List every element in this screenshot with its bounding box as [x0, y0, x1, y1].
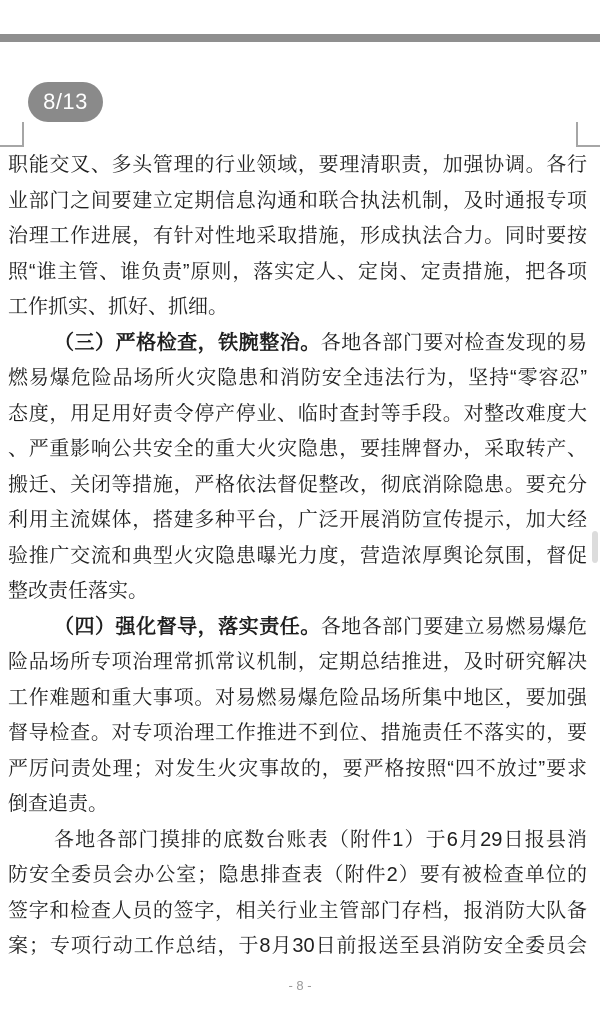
page-number-badge: 8/13 [28, 82, 103, 122]
text-line: 签字和检查人员的签字，相关行业主管部门存档，报消防大队备 [8, 894, 587, 930]
line-text: 利用主流媒体，搭建多种平台，广泛开展消防宣传提示，加大经 [8, 509, 587, 531]
scrollbar-thumb[interactable] [592, 531, 598, 563]
paragraph-heading: （三）严格检查，铁腕整治。 [54, 332, 321, 354]
line-text: 业部门之间要建立定期信息沟通和联合执法机制，及时通报专项 [8, 190, 587, 212]
line-text: 防安全委员会办公室；隐患排查表（附件2）要有被检查单位的 [8, 864, 587, 886]
line-text: 各地各部门摸排的底数台账表（附件1）于6月29日报县消 [54, 829, 587, 851]
text-boundary-corner-mark-right [576, 122, 600, 147]
line-text: 工作难题和重大事项。对易燃易爆危险品场所集中地区，要加强 [8, 687, 587, 709]
text-line: 业部门之间要建立定期信息沟通和联合执法机制，及时通报专项 [8, 184, 587, 220]
text-line: 案；专项行动工作总结，于8月30日前报送至县消防安全委员会 [8, 929, 587, 965]
text-line: 严厉问责处理；对发生火灾事故的，要严格按照“四不放过”要求 [8, 752, 587, 788]
line-text: 搬迁、关闭等措施，严格依法督促整改，彻底消除隐患。要充分 [8, 474, 587, 496]
line-text: 职能交叉、多头管理的行业领域，要理清职责，加强协调。各行 [8, 154, 587, 176]
text-line: 工作难题和重大事项。对易燃易爆危险品场所集中地区，要加强 [8, 681, 587, 717]
text-line: 倒查追责。 [8, 787, 587, 823]
line-text: 严厉问责处理；对发生火灾事故的，要严格按照“四不放过”要求 [8, 758, 587, 780]
line-text: 各地各部门要建立易燃易爆危 [321, 616, 587, 638]
document-text-block: 职能交叉、多头管理的行业领域，要理清职责，加强协调。各行业部门之间要建立定期信息… [8, 148, 587, 965]
text-line: 燃易爆危险品场所火灾隐患和消防安全违法行为，坚持“零容忍” [8, 361, 587, 397]
text-line: 治理工作进展，有针对性地采取措施，形成执法合力。同时要按 [8, 219, 587, 255]
text-line: 整改责任落实。 [8, 574, 587, 610]
text-line: 督导检查。对专项治理工作推进不到位、措施责任不落实的，要 [8, 716, 587, 752]
text-line: 险品场所专项治理常抓常议机制，定期总结推进，及时研究解决 [8, 645, 587, 681]
line-text: 督导检查。对专项治理工作推进不到位、措施责任不落实的，要 [8, 722, 587, 744]
text-line: 各地各部门摸排的底数台账表（附件1）于6月29日报县消 [8, 823, 587, 859]
text-boundary-corner-mark-left [0, 122, 24, 147]
text-line: 工作抓实、抓好、抓细。 [8, 290, 587, 326]
line-text: 态度，用足用好责令停产停业、临时查封等手段。对整改难度大 [8, 403, 587, 425]
paragraph-heading: （四）强化督导，落实责任。 [54, 616, 321, 638]
line-text: 险品场所专项治理常抓常议机制，定期总结推进，及时研究解决 [8, 651, 587, 673]
text-line: 态度，用足用好责令停产停业、临时查封等手段。对整改难度大 [8, 397, 587, 433]
line-text: 各地各部门要对检查发现的易 [321, 332, 587, 354]
line-text: 、严重影响公共安全的重大火灾隐患，要挂牌督办，采取转产、 [8, 438, 587, 460]
text-line: 职能交叉、多头管理的行业领域，要理清职责，加强协调。各行 [8, 148, 587, 184]
line-text: 签字和检查人员的签字，相关行业主管部门存档，报消防大队备 [8, 900, 587, 922]
page-gap-separator [0, 34, 600, 42]
text-line: 搬迁、关闭等措施，严格依法督促整改，彻底消除隐患。要充分 [8, 468, 587, 504]
text-line: 防安全委员会办公室；隐患排查表（附件2）要有被检查单位的 [8, 858, 587, 894]
page-number-badge-label: 8/13 [43, 89, 88, 115]
text-line: 照“谁主管、谁负责”原则，落实定人、定岗、定责措施，把各项 [8, 255, 587, 291]
text-line: 、严重影响公共安全的重大火灾隐患，要挂牌督办，采取转产、 [8, 432, 587, 468]
text-line: （四）强化督导，落实责任。各地各部门要建立易燃易爆危 [8, 610, 587, 646]
line-text: 倒查追责。 [8, 793, 108, 815]
line-text: 燃易爆危险品场所火灾隐患和消防安全违法行为，坚持“零容忍” [8, 367, 587, 389]
text-line: 利用主流媒体，搭建多种平台，广泛开展消防宣传提示，加大经 [8, 503, 587, 539]
line-text: 工作抓实、抓好、抓细。 [8, 296, 228, 318]
line-text: 验推广交流和典型火灾隐患曝光力度，营造浓厚舆论氛围，督促 [8, 545, 587, 567]
text-line: 验推广交流和典型火灾隐患曝光力度，营造浓厚舆论氛围，督促 [8, 539, 587, 575]
page-footer-number: - 8 - [0, 978, 600, 993]
line-text: 治理工作进展，有针对性地采取措施，形成执法合力。同时要按 [8, 225, 587, 247]
text-line: （三）严格检查，铁腕整治。各地各部门要对检查发现的易 [8, 326, 587, 362]
line-text: 照“谁主管、谁负责”原则，落实定人、定岗、定责措施，把各项 [8, 261, 587, 283]
line-text: 案；专项行动工作总结，于8月30日前报送至县消防安全委员会 [8, 935, 587, 957]
line-text: 整改责任落实。 [8, 580, 148, 602]
